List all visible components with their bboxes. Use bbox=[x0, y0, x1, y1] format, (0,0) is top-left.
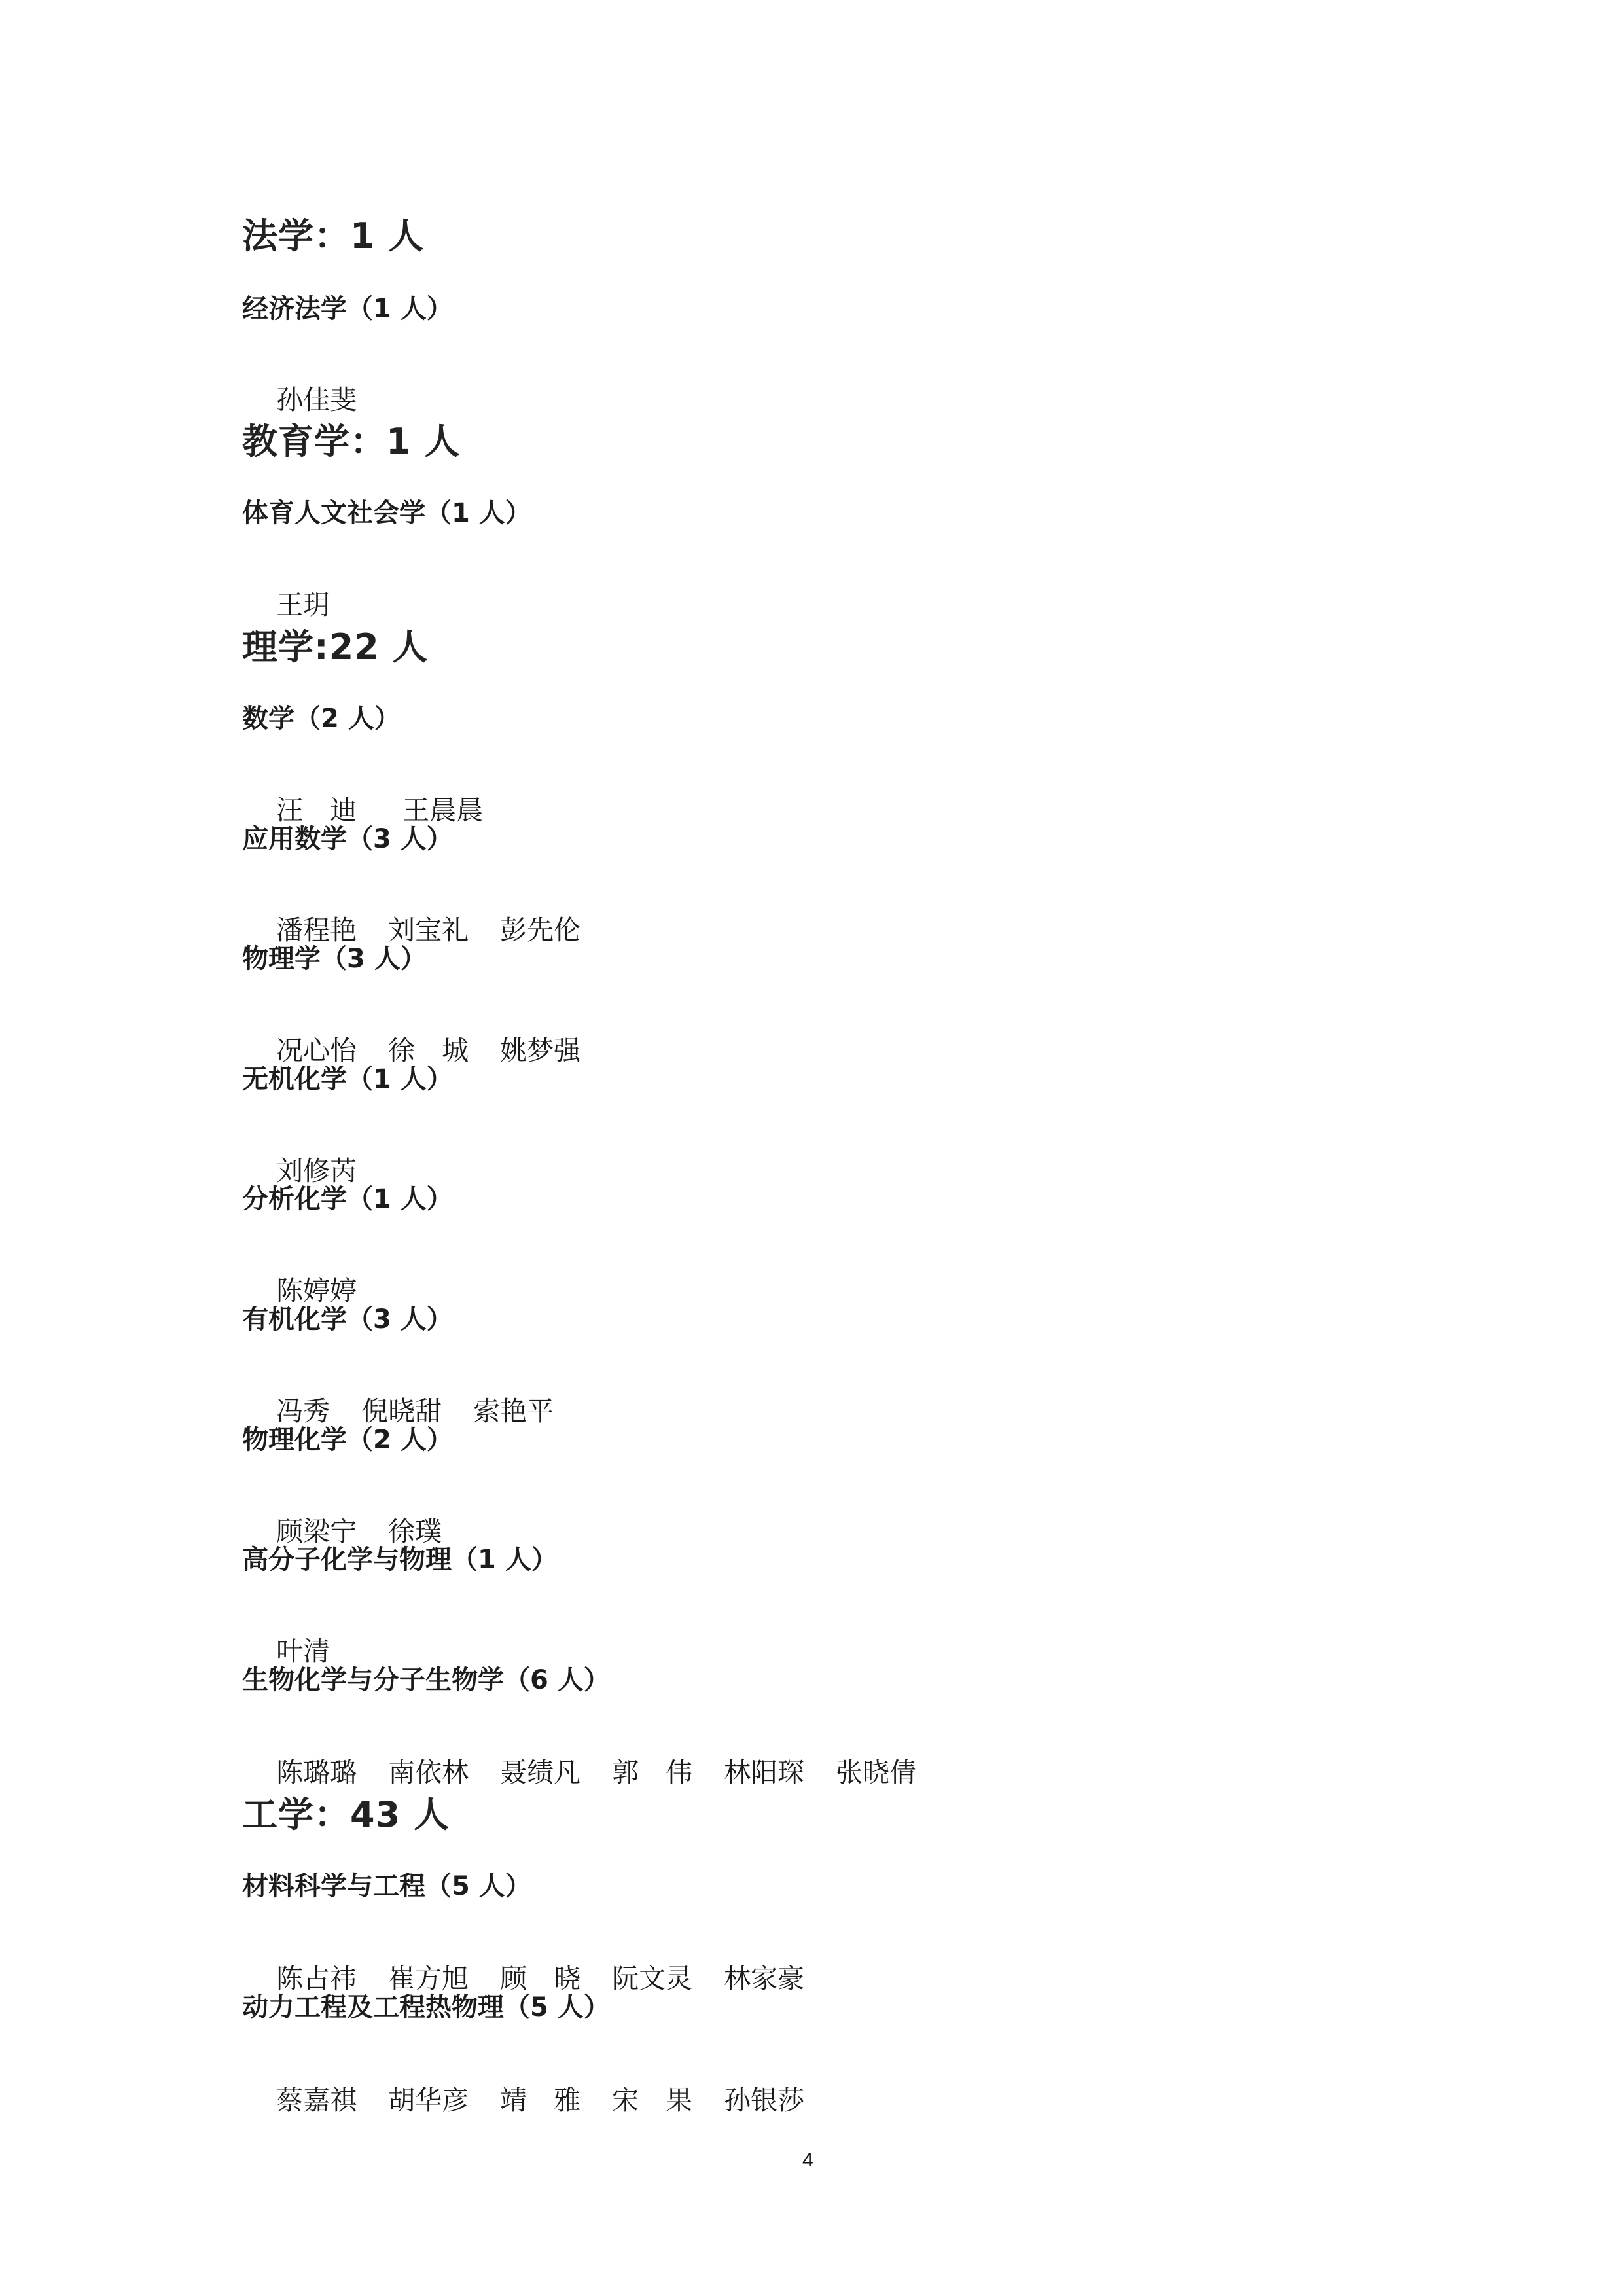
subject-title: 物理化学（2 人） bbox=[242, 1419, 453, 1456]
subject-title: 应用数学（3 人） bbox=[242, 818, 453, 855]
person-name: 胡华彦 bbox=[388, 2079, 469, 2117]
subject-title: 数学（2 人） bbox=[242, 698, 401, 735]
person-name: 孙佳斐 bbox=[276, 378, 357, 417]
subject-title: 分析化学（1 人） bbox=[242, 1178, 453, 1215]
section-heading-engineering: 工学：43 人 bbox=[242, 1787, 450, 1837]
subject-title: 物理学（3 人） bbox=[242, 938, 427, 975]
section-heading-education: 教育学：1 人 bbox=[242, 414, 460, 464]
person-name: 陈璐璐 bbox=[276, 1751, 357, 1789]
page-number: 4 bbox=[802, 2149, 813, 2172]
person-name: 张晓倩 bbox=[836, 1751, 916, 1789]
subject-title: 有机化学（3 人） bbox=[242, 1299, 453, 1336]
person-name: 林阳琛 bbox=[724, 1751, 804, 1789]
subject-title: 生物化学与分子生物学（6 人） bbox=[242, 1659, 610, 1696]
person-name: 王玥 bbox=[276, 583, 330, 622]
person-name: 阮文灵 bbox=[612, 1957, 692, 1996]
subject-title: 体育人文社会学（1 人） bbox=[242, 492, 531, 529]
person-name: 索艳平 bbox=[473, 1390, 554, 1428]
person-name: 靖 雅 bbox=[500, 2079, 580, 2117]
subject-title: 高分子化学与物理（1 人） bbox=[242, 1539, 558, 1576]
subject-title: 材料科学与工程（5 人） bbox=[242, 1865, 531, 1903]
document-page: 法学：1 人 经济法学（1 人） 孙佳斐 教育学：1 人 体育人文社会学（1 人… bbox=[0, 0, 1623, 2296]
person-name: 郭 伟 bbox=[612, 1751, 692, 1789]
person-name: 林家豪 bbox=[724, 1957, 804, 1996]
person-name: 彭先伦 bbox=[500, 908, 580, 947]
section-heading-science: 理学:22 人 bbox=[242, 619, 429, 670]
subject-title: 动力工程及工程热物理（5 人） bbox=[242, 1986, 610, 2024]
person-name: 宋 果 bbox=[612, 2079, 692, 2117]
person-name: 孙银莎 bbox=[724, 2079, 804, 2117]
name-list: 蔡嘉祺胡华彦靖 雅宋 果孙银莎 bbox=[242, 2047, 836, 2149]
section-heading-law: 法学：1 人 bbox=[242, 208, 424, 259]
person-name: 南依林 bbox=[388, 1751, 469, 1789]
person-name: 姚梦强 bbox=[500, 1029, 580, 1067]
person-name: 蔡嘉祺 bbox=[276, 2079, 357, 2117]
person-name: 聂绩凡 bbox=[500, 1751, 580, 1789]
subject-title: 无机化学（1 人） bbox=[242, 1058, 453, 1096]
subject-title: 经济法学（1 人） bbox=[242, 288, 453, 325]
